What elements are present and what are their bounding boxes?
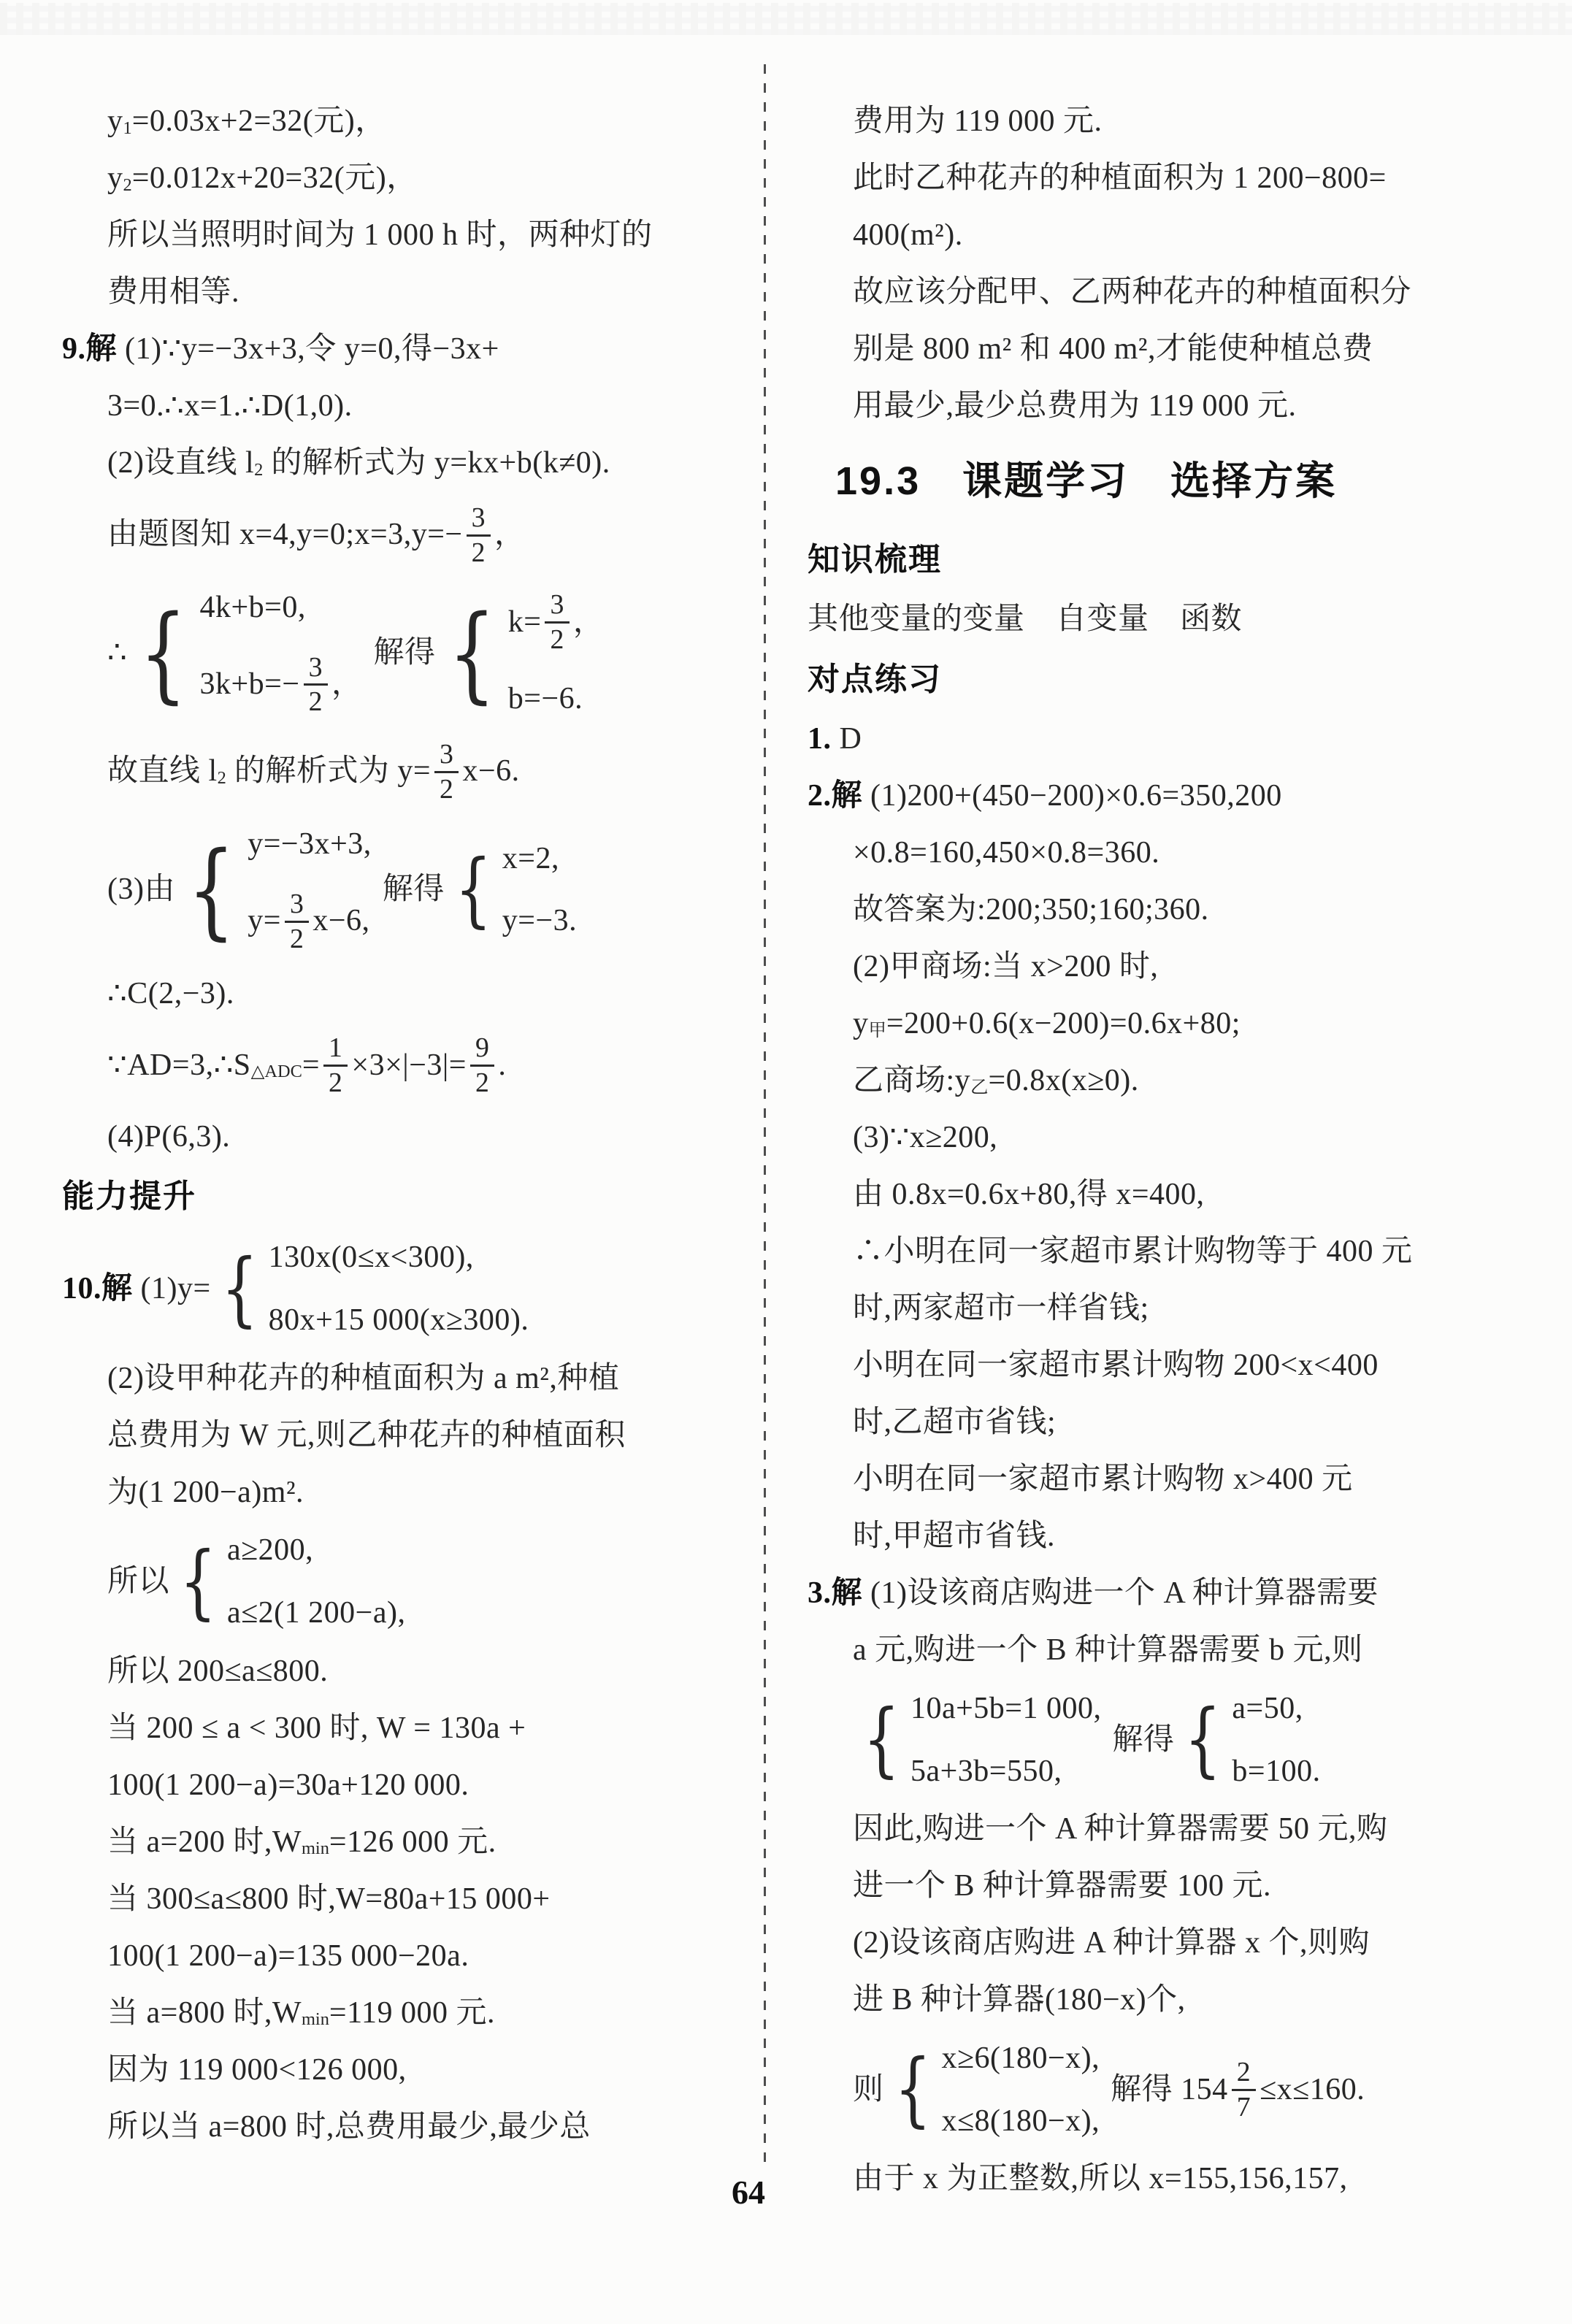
text-line: 当 300≤a≤800 时,W=80a+15 000+ <box>62 1871 756 1928</box>
text-run: 3k+b=− <box>200 667 300 703</box>
system-row: x=2, <box>502 841 559 878</box>
text-line: 用最少,最少总费用为 119 000 元. <box>808 378 1541 435</box>
text-run: 别是 800 m² 和 400 m²,才能使种植总费 <box>853 331 1373 368</box>
numbered-answer-line: 2.解 (1)200+(450−200)×0.6=350,200 <box>808 768 1541 825</box>
text-run: x≥6(180−x), <box>941 2041 1100 2077</box>
workbook-page: y1=0.03x+2=32(元)，y2=0.012x+20=32(元)，所以当照… <box>0 0 1572 2324</box>
equation-system: {a=50,b=100. <box>1177 1691 1320 1790</box>
fraction-denominator: 2 <box>475 1067 489 1098</box>
system-row: b=100. <box>1232 1754 1320 1790</box>
text-run: ， <box>573 605 605 641</box>
text-run: a=50, <box>1232 1691 1303 1727</box>
text-run: 当 a=200 时,W <box>107 1825 302 1861</box>
fraction: 32 <box>304 653 328 718</box>
system-rows: 130x(0≤x<300),80x+15 000(x≥300). <box>269 1240 529 1338</box>
text-run: (2)设该商店购进 A 种计算器 x 个,则购 <box>853 1925 1370 1962</box>
text-run: 因为 119 000<126 000, <box>107 2052 407 2089</box>
fraction-denominator: 2 <box>290 923 304 954</box>
system-row: 5a+3b=550, <box>910 1754 1062 1790</box>
text-line: 当 a=200 时,Wmin=126 000 元. <box>62 1814 756 1871</box>
text-line: ∴小明在同一家超市累计购物等于 400 元 <box>808 1224 1541 1281</box>
text-run: 当 200 ≤ a < 300 时, W = 130a + <box>107 1711 526 1747</box>
text-line: ∴C(2,−3). <box>62 965 756 1022</box>
system-row: x≤8(180−x), <box>941 2104 1100 2140</box>
text-line: 当 a=800 时,Wmin=119 000 元. <box>62 1985 756 2042</box>
text-line: 100(1 200−a)=30a+120 000. <box>62 1757 756 1814</box>
text-run: ， <box>331 667 363 703</box>
system-rows: 10a+5b=1 000,5a+3b=550, <box>910 1691 1102 1790</box>
text-run: 由 0.8x=0.6x+80,得 x=400, <box>853 1177 1205 1213</box>
text-run: x−6. <box>462 753 519 790</box>
text-line: 小明在同一家超市累计购物 x>400 元 <box>808 1451 1541 1508</box>
bold-text-run: 1. <box>808 721 832 758</box>
system-row: y=32x−6, <box>248 889 369 954</box>
fraction-denominator: 2 <box>550 624 564 655</box>
equation-system: {y=−3x+3,y=32x−6, <box>178 827 372 954</box>
text-line: (3)∵x≥200, <box>808 1110 1541 1167</box>
system-row: k=32， <box>508 590 605 655</box>
system-rows: x≥6(180−x),x≤8(180−x), <box>941 2041 1100 2139</box>
text-run: (3)∵x≥200, <box>853 1120 997 1157</box>
system-row: x≥6(180−x), <box>941 2041 1100 2077</box>
brace-icon: { <box>894 2049 931 2131</box>
text-run: y <box>107 104 123 140</box>
column-subheader: 对点练习 <box>808 648 1541 711</box>
system-row: b=−6. <box>508 681 583 718</box>
brace-icon: { <box>863 1700 900 1781</box>
left-column: y1=0.03x+2=32(元)，y2=0.012x+20=32(元)，所以当照… <box>62 93 756 2156</box>
text-run: k= <box>508 605 542 641</box>
text-run: (1)y= <box>133 1271 211 1308</box>
text-run: 解得 154 <box>1103 2072 1228 2109</box>
equation-system: {10a+5b=1 000,5a+3b=550, <box>856 1691 1101 1790</box>
text-line: 进 B 种计算器(180−x)个, <box>808 1972 1541 2029</box>
equation-system: {k=32，b=−6. <box>439 590 605 717</box>
text-run: 所以当 a=800 时,总费用最少,最少总 <box>107 2109 591 2146</box>
text-line: 所以当照明时间为 1 000 h 时，两种灯的 <box>62 207 756 264</box>
system-row: 4k+b=0, <box>200 590 306 626</box>
bold-text-run: 对点练习 <box>808 661 942 699</box>
text-run: D <box>832 721 862 758</box>
text-line: (2)设该商店购进 A 种计算器 x 个,则购 <box>808 1915 1541 1972</box>
text-line: 由 0.8x=0.6x+80,得 x=400, <box>808 1167 1541 1224</box>
fraction-numerator: 3 <box>304 653 328 686</box>
equation-system: {x≥6(180−x),x≤8(180−x), <box>887 2041 1100 2139</box>
bold-text-run: 知识梳理 <box>808 541 942 579</box>
text-run: 80x+15 000(x≥300). <box>269 1303 529 1339</box>
text-line: 为(1 200−a)m². <box>62 1464 756 1521</box>
text-run: 则 <box>853 2072 884 2109</box>
text-run: ∴C(2,−3). <box>107 976 234 1013</box>
system-rows: a≥200,a≤2(1 200−a), <box>227 1533 406 1631</box>
text-run: 其他变量的变量 自变量 函数 <box>808 602 1242 638</box>
text-line: (2)设甲种花卉的种植面积为 a m²,种植 <box>62 1350 756 1407</box>
text-run: 时,两家超市一样省钱; <box>853 1291 1149 1327</box>
text-line: 则{x≥6(180−x),x≤8(180−x), 解得 15427≤x≤160. <box>808 2041 1541 2139</box>
bold-text-run: 3.解 <box>808 1576 862 1612</box>
text-line: 总费用为 W 元,则乙种花卉的种植面积 <box>62 1407 756 1464</box>
text-run: 的解析式为 y= <box>226 753 431 790</box>
numbered-answer-line: 9.解 (1)∵y=−3x+3,令 y=0,得−3x+ <box>62 321 756 378</box>
text-line: (2)设直线 l2 的解析式为 y=kx+b(k≠0). <box>62 435 756 492</box>
system-row: y=−3. <box>502 903 577 940</box>
text-run: ×3×|−3|= <box>351 1048 467 1084</box>
text-line: 乙商场:y乙=0.8x(x≥0). <box>808 1053 1541 1110</box>
section-title: 19.3 课题学习 选择方案 <box>808 435 1541 529</box>
system-rows: y=−3x+3,y=32x−6, <box>248 827 372 954</box>
brace-icon: { <box>139 602 188 706</box>
fraction: 32 <box>545 590 569 655</box>
text-run: y=−3. <box>502 903 577 940</box>
text-run: 时,乙超市省钱; <box>853 1405 1056 1441</box>
text-run: 小明在同一家超市累计购物 200<x<400 <box>853 1348 1379 1384</box>
text-line: 费用为 119 000 元. <box>808 93 1541 150</box>
text-run: (1)设该商店购进一个 A 种计算器需要 <box>862 1576 1379 1612</box>
system-row: a=50, <box>1232 1691 1303 1727</box>
text-line: (3)由{y=−3x+3,y=32x−6, 解得{x=2,y=−3. <box>62 827 756 954</box>
subscript-run: △ADC <box>251 1062 302 1083</box>
text-run: 4k+b=0, <box>200 590 306 626</box>
text-run: 所以当照明时间为 1 000 h 时，两种灯的 <box>107 218 653 254</box>
equation-system: {4k+b=0,3k+b=−32， <box>130 590 362 717</box>
text-run: 由题图知 x=4,y=0;x=3,y=− <box>107 517 463 553</box>
text-run: y <box>107 161 123 197</box>
text-line: 由于 x 为正整数,所以 x=155,156,157, <box>808 2151 1541 2208</box>
text-run: ∴ <box>107 635 127 672</box>
numbered-answer-line: 1. D <box>808 711 1541 768</box>
bold-text-run: 10.解 <box>62 1271 133 1308</box>
text-line: 费用相等. <box>62 264 756 321</box>
text-run: 解得 <box>375 872 445 908</box>
text-run: =0.8x(x≥0). <box>989 1063 1139 1100</box>
text-line: 故应该分配甲、乙两种花卉的种植面积分 <box>808 264 1541 321</box>
fraction-denominator: 2 <box>440 773 453 805</box>
text-run: (2)设甲种花卉的种植面积为 a m²,种植 <box>107 1361 619 1397</box>
system-row: 3k+b=−32， <box>200 653 363 718</box>
fraction: 27 <box>1232 2058 1256 2122</box>
text-line: 400(m²). <box>808 207 1541 264</box>
subscript-run: 甲 <box>869 1021 886 1042</box>
text-run: x=2, <box>502 841 559 878</box>
brace-icon: { <box>1184 1700 1222 1781</box>
text-run: 费用相等. <box>107 275 239 311</box>
text-run: 当 300≤a≤800 时,W=80a+15 000+ <box>107 1882 551 1918</box>
equation-system: {x=2,y=−3. <box>448 841 577 940</box>
fraction-numerator: 3 <box>467 503 491 537</box>
text-line: (2)甲商场:当 x>200 时, <box>808 939 1541 996</box>
text-run: 130x(0≤x<300), <box>269 1240 474 1276</box>
text-run: 此时乙种花卉的种植面积为 1 200−800= <box>853 161 1387 197</box>
fraction-numerator: 3 <box>434 740 459 773</box>
text-run: 5a+3b=550, <box>910 1754 1062 1790</box>
text-line: y甲=200+0.6(x−200)=0.6x+80; <box>808 996 1541 1053</box>
text-run: =200+0.6(x−200)=0.6x+80; <box>886 1006 1241 1043</box>
text-line: 所以{a≥200,a≤2(1 200−a), <box>62 1533 756 1631</box>
text-line: 100(1 200−a)=135 000−20a. <box>62 1928 756 1985</box>
brace-icon: { <box>221 1249 258 1330</box>
brace-icon: { <box>180 1542 217 1623</box>
system-rows: k=32，b=−6. <box>508 590 605 717</box>
text-line: 此时乙种花卉的种植面积为 1 200−800= <box>808 150 1541 207</box>
text-line: 小明在同一家超市累计购物 200<x<400 <box>808 1338 1541 1395</box>
fraction: 12 <box>323 1033 348 1098</box>
text-run: (4)P(6,3). <box>107 1119 230 1156</box>
text-run: 由于 x 为正整数,所以 x=155,156,157, <box>853 2161 1348 2198</box>
text-line: y1=0.03x+2=32(元)， <box>62 93 756 150</box>
subscript-run: 2 <box>218 768 226 789</box>
bold-text-run: 能力提升 <box>62 1178 196 1216</box>
text-line: 故直线 l2 的解析式为 y=32x−6. <box>62 729 756 815</box>
text-run: (1)200+(450−200)×0.6=350,200 <box>862 778 1282 815</box>
text-line: ×0.8=160,450×0.8=360. <box>808 825 1541 882</box>
text-line: 3=0.∴x=1.∴D(1,0). <box>62 378 756 435</box>
text-run: 当 a=800 时,W <box>107 1995 302 2032</box>
fraction-numerator: 9 <box>470 1033 494 1067</box>
text-run: 为(1 200−a)m². <box>107 1475 304 1511</box>
text-line: 当 200 ≤ a < 300 时, W = 130a + <box>62 1700 756 1757</box>
fraction-denominator: 2 <box>309 686 323 717</box>
system-rows: 4k+b=0,3k+b=−32， <box>200 590 363 717</box>
text-run: . <box>498 1048 506 1084</box>
text-run: (2)设直线 l <box>107 445 254 482</box>
text-run: 进一个 B 种计算器需要 100 元. <box>853 1868 1271 1905</box>
text-run: (1)∵y=−3x+3,令 y=0,得−3x+ <box>117 331 499 368</box>
text-run: ∴小明在同一家超市累计购物等于 400 元 <box>853 1234 1413 1270</box>
brace-icon: { <box>448 602 496 706</box>
text-line: 时,两家超市一样省钱; <box>808 1281 1541 1338</box>
page-number: 64 <box>732 2173 765 2212</box>
text-run: ， <box>494 517 526 553</box>
brace-icon: { <box>188 838 236 943</box>
fraction: 32 <box>467 503 491 568</box>
text-run: ∵AD=3,∴S <box>107 1048 251 1084</box>
text-run: =126 000 元. <box>329 1825 496 1861</box>
subscript-run: 2 <box>254 460 263 481</box>
text-run: 3=0.∴x=1.∴D(1,0). <box>107 388 353 425</box>
fraction: 32 <box>285 889 309 954</box>
subscript-run: 乙 <box>970 1078 988 1099</box>
system-rows: x=2,y=−3. <box>502 841 577 940</box>
text-run: 故应该分配甲、乙两种花卉的种植面积分 <box>853 275 1411 311</box>
text-run: 10a+5b=1 000, <box>910 1691 1102 1727</box>
text-run: (2)甲商场:当 x>200 时, <box>853 949 1158 986</box>
fraction-numerator: 3 <box>285 889 309 923</box>
subscript-run: 1 <box>123 118 132 139</box>
fraction-denominator: 2 <box>329 1067 342 1098</box>
subscript-run: min <box>302 1838 329 1860</box>
numbered-answer-line: 10.解 (1)y={130x(0≤x<300),80x+15 000(x≥30… <box>62 1240 756 1338</box>
text-line: 故答案为:200;350;160;360. <box>808 882 1541 939</box>
fraction-numerator: 2 <box>1232 2058 1256 2091</box>
text-line: y2=0.012x+20=32(元)， <box>62 150 756 207</box>
subscript-run: min <box>302 2009 329 2030</box>
system-row: 10a+5b=1 000, <box>910 1691 1102 1727</box>
numbered-answer-line: 3.解 (1)设该商店购进一个 A 种计算器需要 <box>808 1565 1541 1622</box>
text-run: = <box>302 1048 320 1084</box>
text-run: 所以 <box>107 1564 169 1600</box>
text-run: x−6, <box>313 903 369 940</box>
text-run: 总费用为 W 元,则乙种花卉的种植面积 <box>107 1418 626 1454</box>
text-run: 进 B 种计算器(180−x)个, <box>853 1982 1186 2019</box>
text-run: (3)由 <box>107 872 175 908</box>
text-run: =119 000 元. <box>329 1995 495 2032</box>
text-run: 时,甲超市省钱. <box>853 1519 1055 1555</box>
bold-text-run: 9.解 <box>62 331 117 368</box>
numbered-answer-line: 其他变量的变量 自变量 函数 <box>808 591 1541 648</box>
text-run: 解得 <box>1104 1722 1174 1759</box>
text-line: ∵AD=3,∴S△ADC=12×3×|−3|=92. <box>62 1022 756 1108</box>
text-run: 用最少,最少总费用为 119 000 元. <box>853 388 1296 425</box>
text-line: 时,乙超市省钱; <box>808 1395 1541 1451</box>
text-run: b=−6. <box>508 681 583 718</box>
bold-text-run: 2.解 <box>808 778 862 815</box>
equation-system: {a≥200,a≤2(1 200−a), <box>172 1533 405 1631</box>
text-run: 100(1 200−a)=30a+120 000. <box>107 1768 469 1804</box>
text-line: 因为 119 000<126 000, <box>62 2042 756 2099</box>
fraction-numerator: 3 <box>545 590 569 624</box>
text-run: 因此,购进一个 A 种计算器需要 50 元,购 <box>853 1811 1388 1848</box>
text-run: b=100. <box>1232 1754 1320 1790</box>
fraction: 32 <box>434 740 459 805</box>
text-run: ≤x≤160. <box>1259 2072 1365 2109</box>
text-line: ∴{4k+b=0,3k+b=−32， 解得{k=32，b=−6. <box>62 590 756 717</box>
text-line: a 元,购进一个 B 种计算器需要 b 元,则 <box>808 1622 1541 1679</box>
text-run: 乙商场:y <box>853 1063 970 1100</box>
text-run: y=−3x+3, <box>248 827 372 863</box>
fraction: 92 <box>470 1033 494 1098</box>
fraction-denominator: 7 <box>1237 2091 1251 2122</box>
text-run: 100(1 200−a)=135 000−20a. <box>107 1938 469 1975</box>
text-line: 由题图知 x=4,y=0;x=3,y=−32， <box>62 492 756 578</box>
system-row: y=−3x+3, <box>248 827 372 863</box>
system-row: a≤2(1 200−a), <box>227 1595 406 1632</box>
text-run: 费用为 119 000 元. <box>853 104 1102 140</box>
text-line: (4)P(6,3). <box>62 1108 756 1165</box>
text-run: 小明在同一家超市累计购物 x>400 元 <box>853 1462 1353 1498</box>
column-subheader: 能力提升 <box>62 1165 756 1228</box>
column-subheader: 知识梳理 <box>808 529 1541 591</box>
system-row: 130x(0≤x<300), <box>269 1240 474 1276</box>
text-run: a 元,购进一个 B 种计算器需要 b 元,则 <box>853 1633 1363 1669</box>
page-top-bleed-texture <box>0 3 1572 35</box>
text-run: =0.012x+20=32(元)， <box>132 161 418 197</box>
fraction-numerator: 1 <box>323 1033 348 1067</box>
system-row: a≥200, <box>227 1533 313 1569</box>
right-column: 费用为 119 000 元.此时乙种花卉的种植面积为 1 200−800=400… <box>808 93 1541 2208</box>
text-line: 所以当 a=800 时,总费用最少,最少总 <box>62 2099 756 2156</box>
text-run: a≤2(1 200−a), <box>227 1595 406 1632</box>
text-line: {10a+5b=1 000,5a+3b=550, 解得{a=50,b=100. <box>808 1691 1541 1790</box>
text-run: 所以 200≤a≤800. <box>107 1654 328 1690</box>
text-run: 故答案为:200;350;160;360. <box>853 892 1209 929</box>
text-run: =0.03x+2=32(元)， <box>132 104 386 140</box>
brace-icon: { <box>455 850 492 931</box>
text-run: 解得 <box>365 635 435 672</box>
text-line: 所以 200≤a≤800. <box>62 1644 756 1700</box>
text-line: 进一个 B 种计算器需要 100 元. <box>808 1858 1541 1915</box>
fraction-denominator: 2 <box>472 537 486 568</box>
bold-text-run: 19.3 课题学习 选择方案 <box>835 459 1337 505</box>
text-run: ×0.8=160,450×0.8=360. <box>853 835 1159 872</box>
text-line: 别是 800 m² 和 400 m²,才能使种植总费 <box>808 321 1541 378</box>
text-run: 的解析式为 y=kx+b(k≠0). <box>263 445 610 482</box>
equation-system: {130x(0≤x<300),80x+15 000(x≥300). <box>214 1240 529 1338</box>
text-run: x≤8(180−x), <box>941 2104 1100 2140</box>
text-line: 时,甲超市省钱. <box>808 1508 1541 1565</box>
column-divider-dashed-line <box>764 64 766 2164</box>
system-row: 80x+15 000(x≥300). <box>269 1303 529 1339</box>
text-run: y= <box>248 903 281 940</box>
text-line: 因此,购进一个 A 种计算器需要 50 元,购 <box>808 1801 1541 1858</box>
subscript-run: 2 <box>123 175 132 196</box>
text-run: y <box>853 1006 869 1043</box>
system-rows: a=50,b=100. <box>1232 1691 1320 1790</box>
text-run: 故直线 l <box>107 753 218 790</box>
text-run: 400(m²). <box>853 218 963 254</box>
text-run: a≥200, <box>227 1533 313 1569</box>
